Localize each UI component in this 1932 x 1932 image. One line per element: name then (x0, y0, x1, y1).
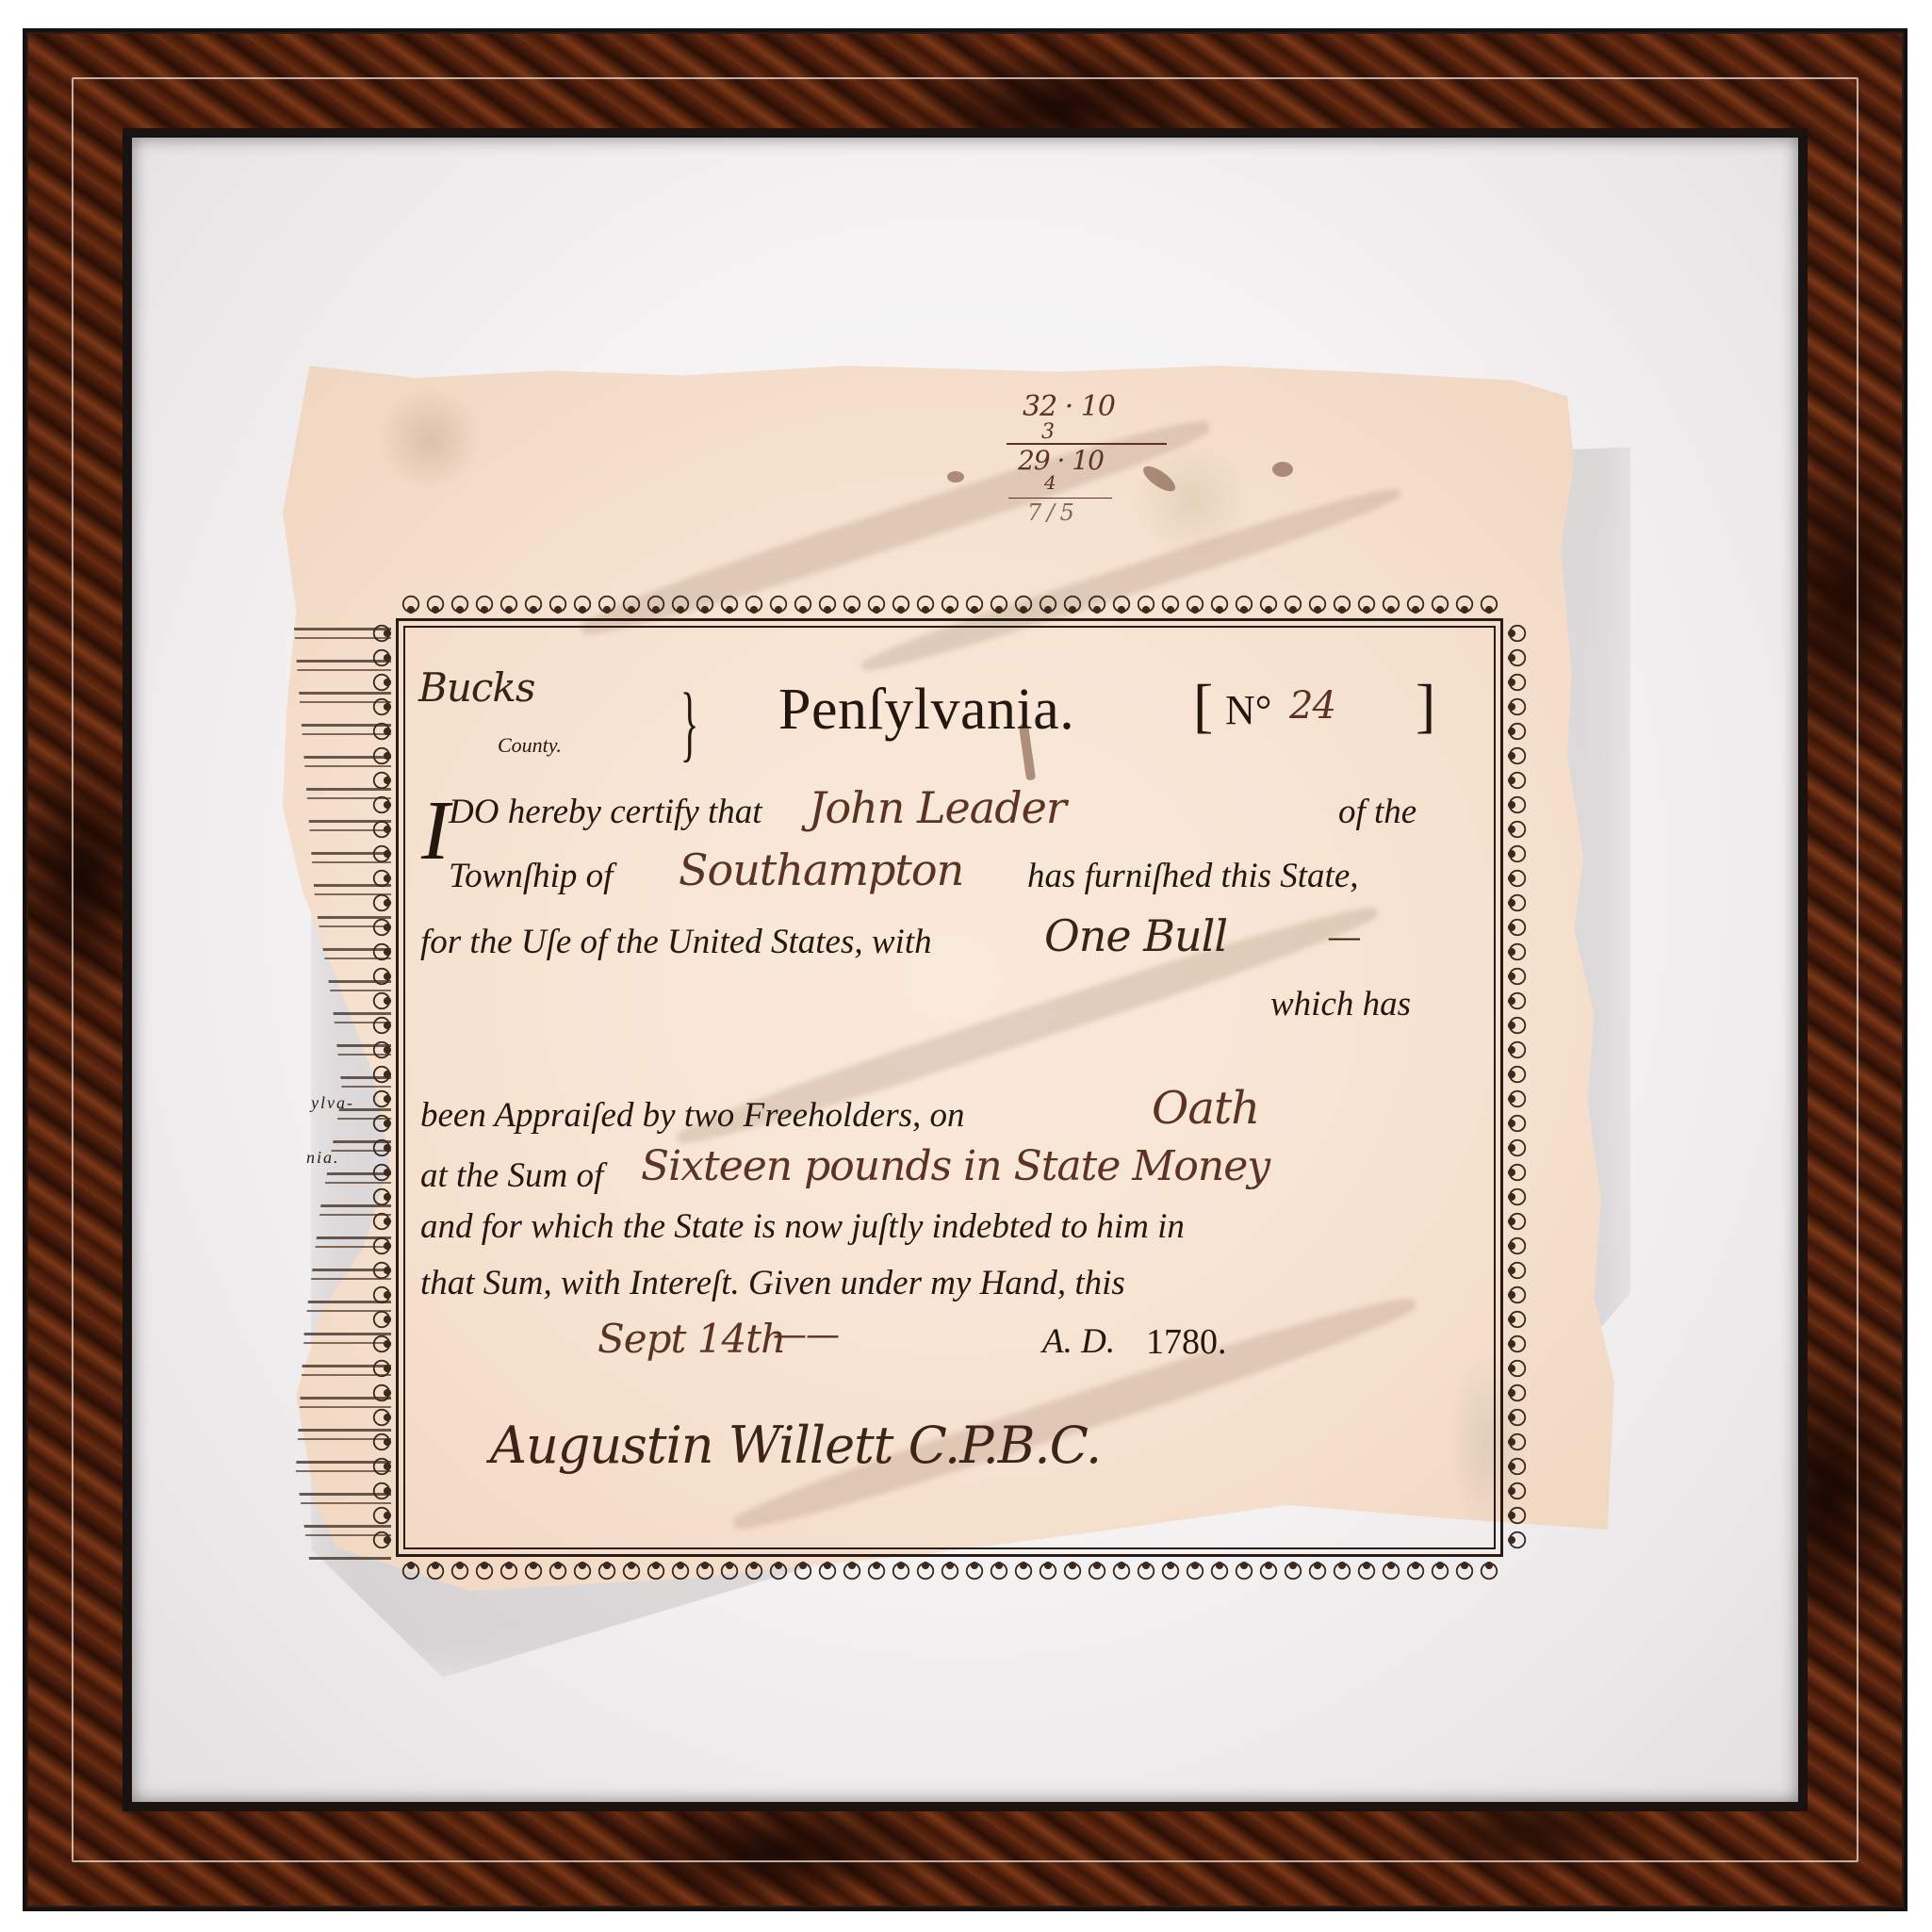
bracket-open: [ (1193, 671, 1213, 741)
ornamental-border-right (1500, 621, 1529, 1554)
body-line8-text: that Sum, with Intereſt. Given under my … (420, 1263, 1125, 1303)
body-line7-text: and for which the State is now juſtly in… (420, 1206, 1185, 1247)
date-dash: —— (773, 1316, 839, 1354)
body-line2-end: has furniſhed this State, (1027, 856, 1359, 896)
body-line2-text: Townſhip of (449, 856, 613, 896)
ornamental-border-bottom (399, 1554, 1500, 1582)
stub-text: ylva- (311, 1093, 354, 1113)
township-name: Southampton (679, 844, 963, 895)
marginal-calc-line1: 32 · 10 (1023, 390, 1115, 423)
body-line6-text: at the Sum of (420, 1155, 603, 1196)
marginal-calc-line5: 7 / 5 (1027, 499, 1073, 526)
drop-cap: I (421, 782, 450, 879)
marginal-calc-line4: 4 (1044, 471, 1056, 494)
ink-stain (1272, 462, 1293, 477)
ink-stain (947, 471, 964, 483)
county-label: County. (498, 733, 562, 758)
body-line3-text: for the Uſe of the United States, with (420, 922, 932, 962)
county-handwritten: Bucks (418, 664, 534, 711)
item-furnished: One Bull (1044, 910, 1227, 961)
number-handwritten: 24 (1289, 684, 1335, 728)
body-line1-end: of the (1338, 792, 1416, 832)
year: 1780. (1146, 1321, 1227, 1363)
body-line5-text: been Appraiſed by two Freeholders, on (420, 1095, 965, 1136)
appraisal-basis: Oath (1152, 1082, 1259, 1135)
bracket-close: ] (1416, 671, 1435, 741)
number-label: N° (1225, 686, 1271, 734)
ornamental-border-top (399, 593, 1500, 621)
body-line1-text: DO hereby certify that (449, 792, 762, 832)
stub-text: nia. (306, 1148, 340, 1168)
date-handwritten: Sept 14th (598, 1316, 785, 1362)
marginal-calc-line3: 29 · 10 (1018, 445, 1104, 476)
signature: Augustin Willett C.P.B.C. (490, 1416, 1101, 1475)
brace: } (680, 675, 698, 772)
body-line4-text: which has (1270, 984, 1411, 1024)
appraised-sum: Sixteen pounds in State Money (641, 1142, 1269, 1190)
ad-label: A. D. (1042, 1321, 1115, 1362)
marginal-calc-line2: 3 (1041, 420, 1054, 444)
ornamental-border-left (370, 621, 399, 1554)
state-title: Penſylvania. (778, 677, 1074, 744)
body-line3-dash: — (1329, 916, 1360, 957)
calc-rule (1008, 498, 1112, 499)
claimant-name: John Leader (809, 782, 1066, 833)
